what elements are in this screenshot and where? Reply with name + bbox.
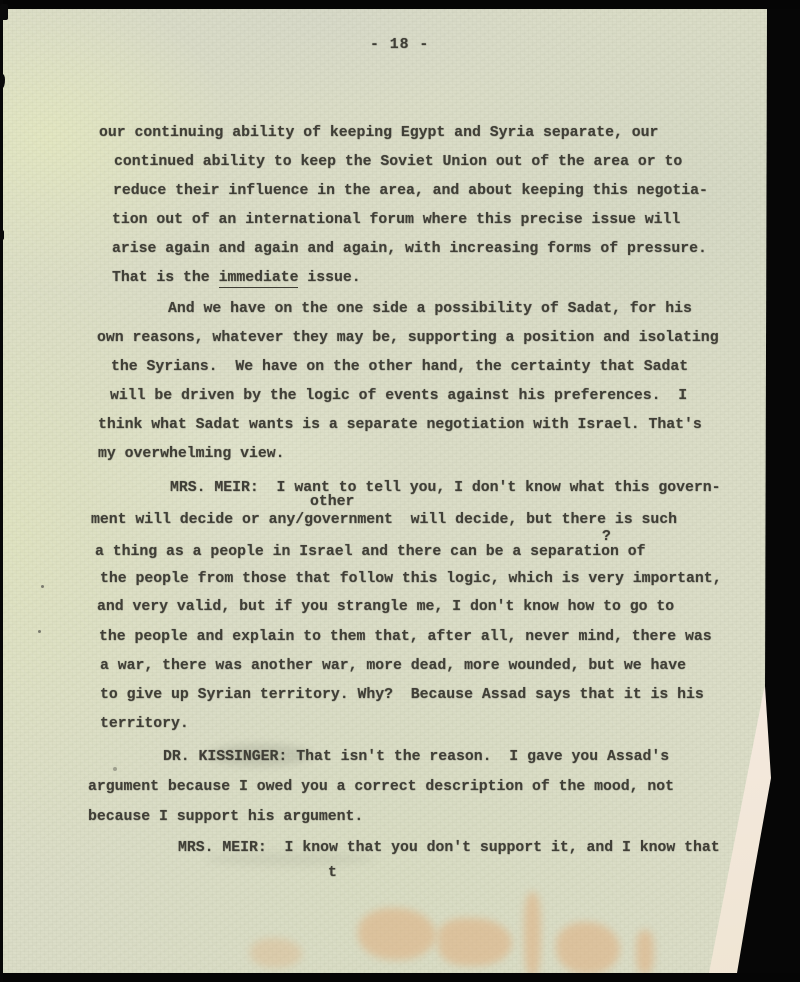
page-number: - 18 - — [370, 38, 429, 53]
scan-speck — [113, 767, 117, 771]
text-line: a thing as a people in Israel and there … — [95, 545, 646, 560]
text-line: That is the immediate issue. — [112, 271, 361, 286]
text-line: territory. — [100, 717, 189, 732]
line-segment: That is the — [112, 270, 219, 286]
insert-other: other — [310, 495, 354, 510]
scan-edge-blob — [0, 230, 4, 240]
scan-border-top — [0, 0, 800, 9]
scan-border-bottom — [0, 973, 800, 982]
speaker-line-meir: MRS. MEIR: I know that you don't support… — [178, 841, 720, 856]
text-line: tion out of an international forum where… — [112, 213, 680, 228]
speaker-line-meir: MRS. MEIR: I want to tell you, I don't k… — [170, 481, 721, 496]
scan-border-left — [0, 0, 3, 982]
text-line: the people and explain to them that, aft… — [99, 630, 712, 645]
scan-edge-blob — [0, 4, 8, 20]
text-line: And we have on the one side a possibilit… — [168, 302, 692, 317]
ink-bleed-through-mark — [636, 930, 654, 974]
ink-bleed-through-mark — [250, 938, 302, 968]
insert-question-mark: ? — [602, 530, 611, 545]
stray-character: t — [328, 866, 337, 881]
text-line: ment will decide or any/government will … — [91, 513, 677, 528]
speaker-line-kissinger: DR. KISSINGER: That isn't the reason. I … — [163, 750, 669, 765]
text-line: to give up Syrian territory. Why? Becaus… — [100, 688, 704, 703]
scan-speck — [38, 630, 41, 633]
text-line: arise again and again and again, with in… — [112, 242, 707, 257]
text-line: will be driven by the logic of events ag… — [110, 389, 687, 404]
scanned-document-page: - 18 - our continuing ability of keeping… — [0, 0, 800, 982]
scan-speck — [41, 585, 44, 588]
text-line: the people from those that follow this l… — [100, 572, 722, 587]
text-line: and very valid, but if you strangle me, … — [97, 600, 674, 615]
text-line: reduce their influence in the area, and … — [113, 184, 708, 199]
ink-bleed-through-mark — [438, 918, 512, 966]
text-line: think what Sadat wants is a separate neg… — [98, 418, 702, 433]
text-line: because I support his argument. — [88, 810, 363, 825]
line-segment: issue. — [298, 270, 360, 286]
text-line: a war, there was another war, more dead,… — [100, 659, 686, 674]
paper-sheet: - 18 - our continuing ability of keeping… — [0, 0, 800, 982]
text-line: my overwhelming view. — [98, 447, 284, 462]
ink-bleed-through-mark — [524, 892, 541, 976]
text-line: continued ability to keep the Soviet Uni… — [114, 155, 682, 170]
text-line: own reasons, whatever they may be, suppo… — [97, 331, 719, 346]
ink-bleed-through-mark — [358, 908, 436, 960]
underlined-word: immediate — [219, 270, 299, 288]
ink-bleed-through-mark — [556, 922, 620, 974]
text-line: the Syrians. We have on the other hand, … — [111, 360, 688, 375]
text-line: argument because I owed you a correct de… — [88, 780, 674, 795]
text-line: our continuing ability of keeping Egypt … — [99, 126, 658, 141]
